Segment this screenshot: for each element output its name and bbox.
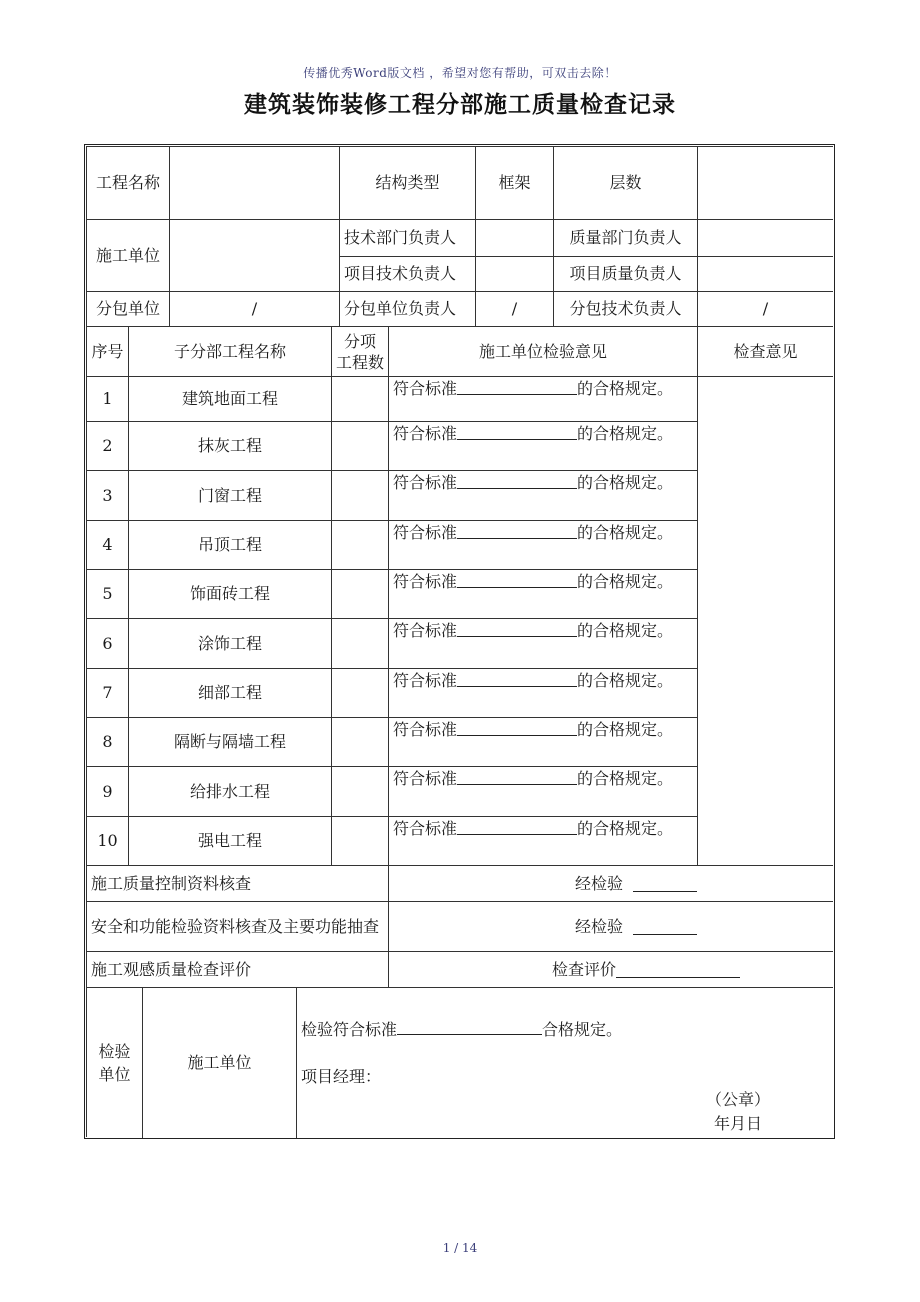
opinion-suffix: 的合格规定。 bbox=[577, 818, 673, 840]
opinion-suffix: 的合格规定。 bbox=[577, 571, 673, 593]
signoff-stamp-area: （公章） 年月日 bbox=[706, 1088, 770, 1136]
opinion-prefix: 符合标准 bbox=[393, 670, 457, 692]
signoff-lines: 检验符合标准合格规定。 项目经理： bbox=[301, 1018, 622, 1114]
tech-dept-head-label: 技术部门负责人 bbox=[340, 220, 476, 257]
row-seq: 7 bbox=[87, 669, 129, 718]
opinion-standard-blank[interactable] bbox=[457, 670, 577, 687]
opinion-suffix: 的合格规定。 bbox=[577, 768, 673, 790]
project-tech-head-label: 项目技术负责人 bbox=[340, 257, 476, 292]
summary-blank[interactable] bbox=[616, 961, 740, 978]
subcontractor-label: 分包单位 bbox=[87, 292, 170, 327]
row-opinion: 符合标准的合格规定。 bbox=[389, 377, 698, 422]
row-count-field[interactable] bbox=[332, 422, 389, 471]
subcontractor-field[interactable]: / bbox=[170, 292, 340, 327]
row-name: 饰面砖工程 bbox=[129, 570, 332, 619]
summary-value-label: 检查评价 bbox=[552, 959, 616, 981]
row-seq: 4 bbox=[87, 521, 129, 570]
signoff-group-line2: 单位 bbox=[98, 1063, 130, 1086]
contractor-label: 施工单位 bbox=[87, 220, 170, 292]
row-opinion: 符合标准的合格规定。 bbox=[389, 570, 698, 619]
summary-label-safety-function-text: 安全和功能检验资料核查及主要功能抽查 bbox=[91, 916, 387, 937]
opinion-suffix: 的合格规定。 bbox=[577, 378, 673, 400]
subcontractor-head-label: 分包单位负责人 bbox=[340, 292, 476, 327]
row-count-field[interactable] bbox=[332, 471, 389, 521]
row-seq: 8 bbox=[87, 718, 129, 767]
opinion-standard-blank[interactable] bbox=[457, 719, 577, 736]
page-number: 1 / 14 bbox=[0, 1241, 920, 1255]
opinion-standard-blank[interactable] bbox=[457, 620, 577, 637]
row-opinion: 符合标准的合格规定。 bbox=[389, 471, 698, 521]
signoff-statement-cell: 检验符合标准合格规定。 项目经理： （公章） 年月日 bbox=[297, 988, 833, 1138]
row-seq: 5 bbox=[87, 570, 129, 619]
row-count-field[interactable] bbox=[332, 619, 389, 669]
tech-dept-head-field[interactable] bbox=[476, 220, 554, 257]
quality-dept-head-label: 质量部门负责人 bbox=[554, 220, 698, 257]
opinion-prefix: 符合标准 bbox=[393, 719, 457, 741]
opinion-suffix: 的合格规定。 bbox=[577, 620, 673, 642]
signoff-manager: 项目经理： bbox=[301, 1066, 622, 1114]
row-count-field[interactable] bbox=[332, 718, 389, 767]
opinion-suffix: 的合格规定。 bbox=[577, 472, 673, 494]
summary-blank[interactable] bbox=[633, 875, 697, 892]
subcontractor-tech-head-field[interactable]: / bbox=[698, 292, 833, 327]
column-header-count-line2: 工程数 bbox=[336, 352, 384, 373]
opinion-prefix: 符合标准 bbox=[393, 620, 457, 642]
row-seq: 3 bbox=[87, 471, 129, 521]
opinion-standard-blank[interactable] bbox=[457, 768, 577, 785]
structure-type-field[interactable]: 框架 bbox=[476, 147, 554, 220]
row-opinion: 符合标准的合格规定。 bbox=[389, 718, 698, 767]
row-name: 细部工程 bbox=[129, 669, 332, 718]
summary-label-quality-control: 施工质量控制资料核查 bbox=[87, 866, 389, 902]
opinion-standard-blank[interactable] bbox=[457, 378, 577, 395]
opinion-suffix: 的合格规定。 bbox=[577, 522, 673, 544]
subcontractor-tech-head-label: 分包技术负责人 bbox=[554, 292, 698, 327]
column-header-opinion: 施工单位检验意见 bbox=[389, 327, 698, 377]
signoff-statement-suffix: 合格规定。 bbox=[542, 1020, 622, 1039]
row-name: 涂饰工程 bbox=[129, 619, 332, 669]
row-name: 给排水工程 bbox=[129, 767, 332, 817]
row-name: 吊顶工程 bbox=[129, 521, 332, 570]
row-count-field[interactable] bbox=[332, 669, 389, 718]
row-name: 强电工程 bbox=[129, 817, 332, 866]
row-opinion: 符合标准的合格规定。 bbox=[389, 521, 698, 570]
row-opinion: 符合标准的合格规定。 bbox=[389, 817, 698, 866]
summary-value-appearance[interactable]: 检查评价 bbox=[389, 952, 833, 988]
project-quality-head-field[interactable] bbox=[698, 257, 833, 292]
contractor-field[interactable] bbox=[170, 220, 340, 292]
signoff-seal: （公章） bbox=[706, 1088, 770, 1112]
subcontractor-head-field[interactable]: / bbox=[476, 292, 554, 327]
signoff-date: 年月日 bbox=[706, 1112, 770, 1136]
summary-label-safety-function: 安全和功能检验资料核查及主要功能抽查 bbox=[87, 902, 389, 952]
row-opinion: 符合标准的合格规定。 bbox=[389, 767, 698, 817]
row-name: 抹灰工程 bbox=[129, 422, 332, 471]
row-seq: 2 bbox=[87, 422, 129, 471]
opinion-prefix: 符合标准 bbox=[393, 522, 457, 544]
opinion-prefix: 符合标准 bbox=[393, 818, 457, 840]
project-name-field[interactable] bbox=[170, 147, 340, 220]
opinion-standard-blank[interactable] bbox=[457, 818, 577, 835]
opinion-standard-blank[interactable] bbox=[457, 571, 577, 588]
signoff-statement-prefix: 检验符合标准 bbox=[301, 1020, 397, 1039]
opinion-prefix: 符合标准 bbox=[393, 472, 457, 494]
row-name: 建筑地面工程 bbox=[129, 377, 332, 422]
summary-label-appearance: 施工观感质量检查评价 bbox=[87, 952, 389, 988]
project-quality-head-label: 项目质量负责人 bbox=[554, 257, 698, 292]
signoff-group-line1: 检验 bbox=[98, 1040, 130, 1063]
column-header-count-line1: 分项 bbox=[344, 331, 376, 352]
floors-label: 层数 bbox=[554, 147, 698, 220]
row-count-field[interactable] bbox=[332, 817, 389, 866]
opinion-standard-blank[interactable] bbox=[457, 472, 577, 489]
project-name-label: 工程名称 bbox=[87, 147, 170, 220]
column-header-count: 分项 工程数 bbox=[332, 327, 389, 377]
opinion-prefix: 符合标准 bbox=[393, 768, 457, 790]
signoff-unit-label: 施工单位 bbox=[143, 988, 297, 1138]
column-header-seq: 序号 bbox=[87, 327, 129, 377]
signoff-standard-blank[interactable] bbox=[397, 1018, 542, 1035]
row-count-field[interactable] bbox=[332, 767, 389, 817]
floors-field[interactable] bbox=[698, 147, 833, 220]
signoff-statement: 检验符合标准合格规定。 bbox=[301, 1018, 622, 1066]
row-seq: 10 bbox=[87, 817, 129, 866]
opinion-standard-blank[interactable] bbox=[457, 423, 577, 440]
row-seq: 6 bbox=[87, 619, 129, 669]
summary-blank[interactable] bbox=[633, 918, 697, 935]
column-header-check: 检查意见 bbox=[698, 327, 833, 377]
row-count-field[interactable] bbox=[332, 377, 389, 422]
watermark-text: 传播优秀Word版文档 ，希望对您有帮助，可双击去除！ bbox=[0, 64, 920, 81]
signoff-group-label: 检验 单位 bbox=[87, 988, 143, 1138]
row-count-field[interactable] bbox=[332, 521, 389, 570]
quality-dept-head-field[interactable] bbox=[698, 220, 833, 257]
check-opinion-field[interactable] bbox=[698, 377, 833, 866]
row-opinion: 符合标准的合格规定。 bbox=[389, 422, 698, 471]
row-name: 隔断与隔墙工程 bbox=[129, 718, 332, 767]
opinion-suffix: 的合格规定。 bbox=[577, 719, 673, 741]
summary-value-label: 经检验 bbox=[575, 873, 623, 895]
row-seq: 1 bbox=[87, 377, 129, 422]
summary-value-safety-function[interactable]: 经检验 bbox=[389, 902, 833, 952]
project-tech-head-field[interactable] bbox=[476, 257, 554, 292]
opinion-prefix: 符合标准 bbox=[393, 571, 457, 593]
opinion-suffix: 的合格规定。 bbox=[577, 423, 673, 445]
row-opinion: 符合标准的合格规定。 bbox=[389, 669, 698, 718]
opinion-suffix: 的合格规定。 bbox=[577, 670, 673, 692]
structure-type-label: 结构类型 bbox=[340, 147, 476, 220]
row-name: 门窗工程 bbox=[129, 471, 332, 521]
summary-value-label: 经检验 bbox=[575, 916, 623, 938]
summary-value-quality-control[interactable]: 经检验 bbox=[389, 866, 833, 902]
opinion-standard-blank[interactable] bbox=[457, 522, 577, 539]
opinion-prefix: 符合标准 bbox=[393, 378, 457, 400]
page-title: 建筑装饰装修工程分部施工质量检查记录 bbox=[0, 86, 920, 119]
opinion-prefix: 符合标准 bbox=[393, 423, 457, 445]
column-header-name: 子分部工程名称 bbox=[129, 327, 332, 377]
row-count-field[interactable] bbox=[332, 570, 389, 619]
row-opinion: 符合标准的合格规定。 bbox=[389, 619, 698, 669]
form-table: 工程名称 结构类型 框架 层数 施工单位 技术部门负责人 质量部门负责人 项目技… bbox=[86, 146, 833, 1137]
row-seq: 9 bbox=[87, 767, 129, 817]
